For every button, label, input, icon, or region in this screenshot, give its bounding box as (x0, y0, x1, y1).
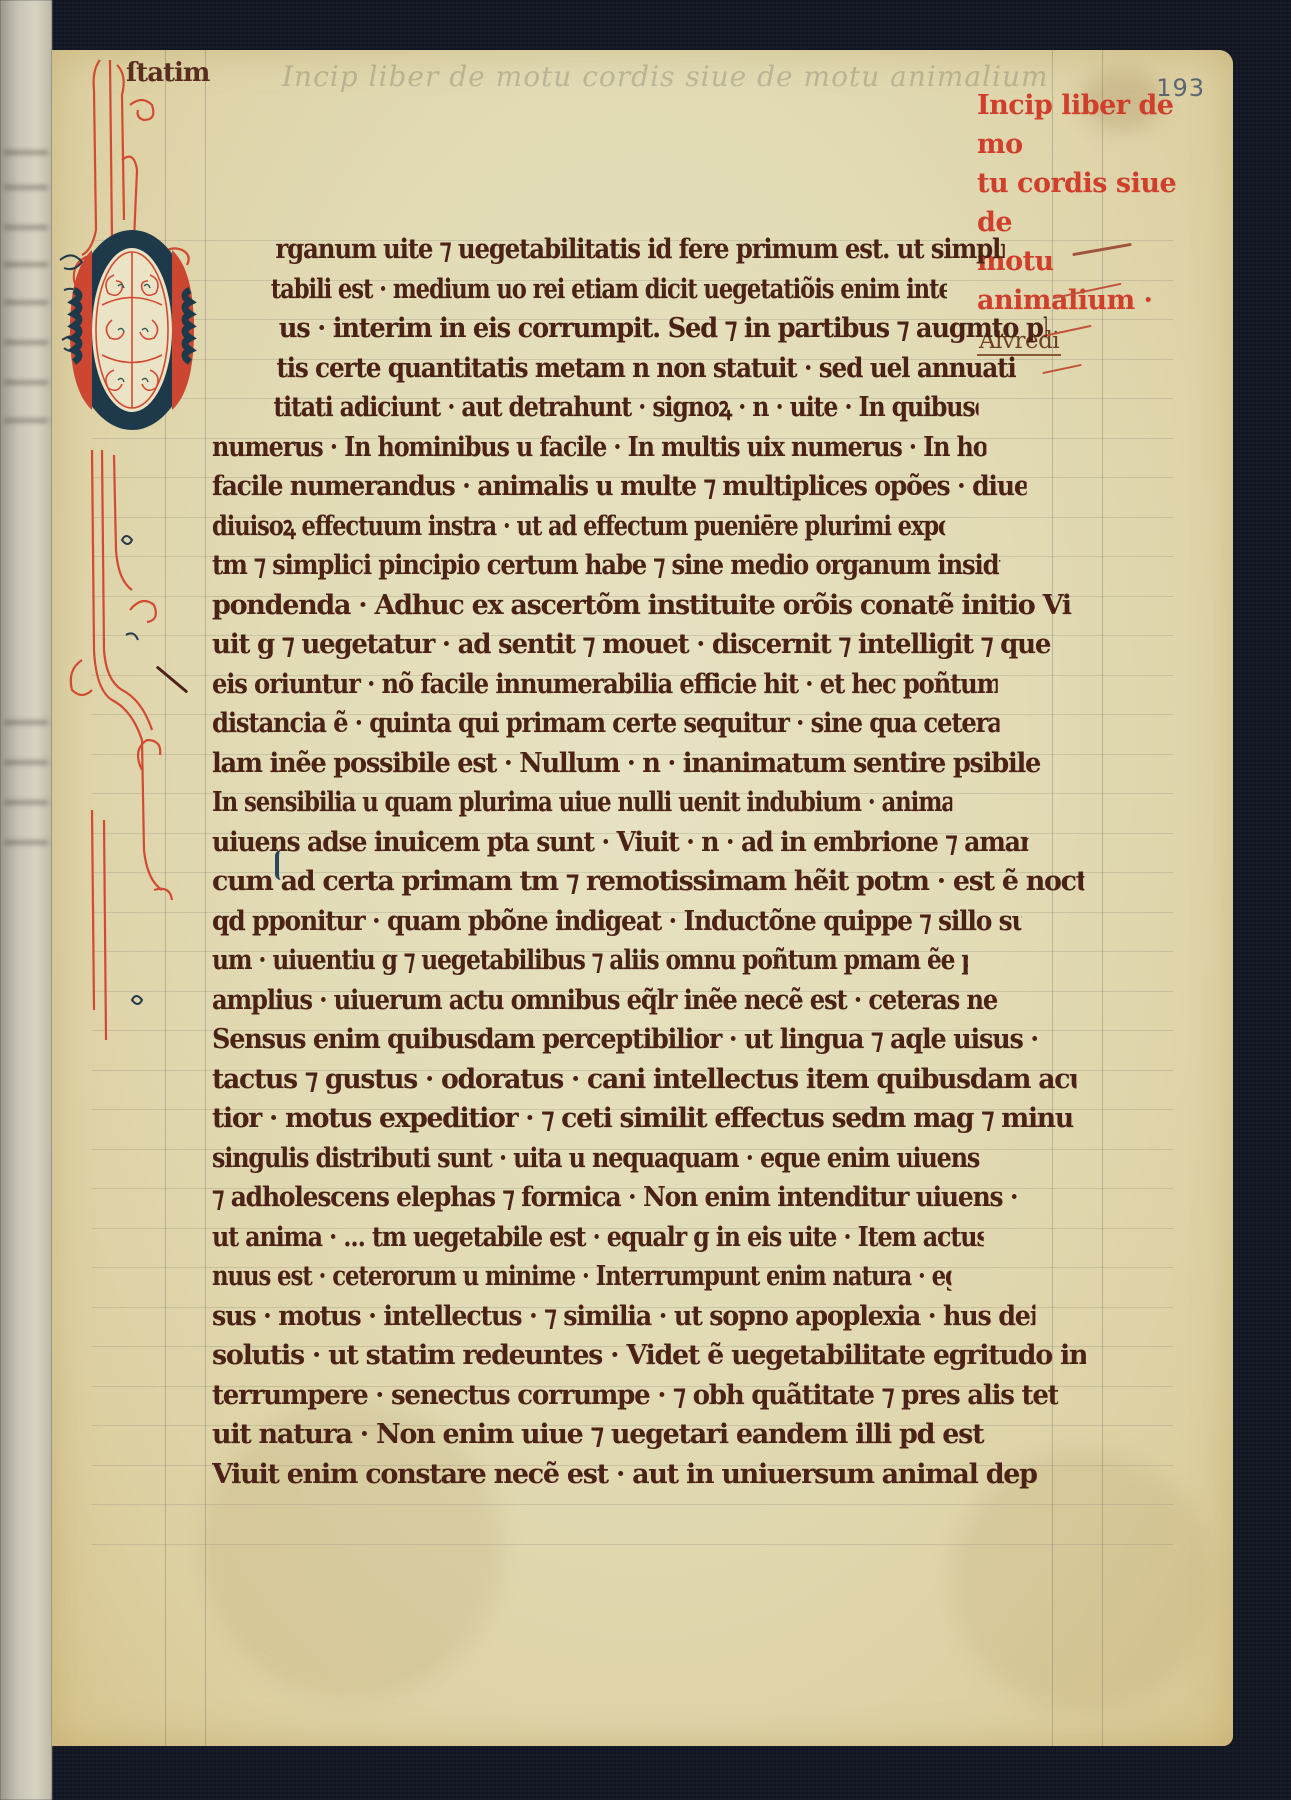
text-line: uit g ⁊ uegetatur · ad sentit ⁊ mouet · … (212, 625, 1057, 665)
illuminated-initial-o-icon (52, 220, 202, 440)
flourished-border-icon (52, 50, 212, 1050)
text-line: In sensibilia u quam plurima uiue nulli … (212, 783, 952, 823)
text-line: distancia ẽ · quinta qui primam certe se… (212, 704, 1000, 744)
ruling-line-horizontal (92, 1544, 1173, 1545)
text-line: solutis · ut statim redeuntes · Videt ẽ … (212, 1336, 1086, 1376)
text-line: nuus est · ceterorum u minime · Interrum… (212, 1257, 951, 1297)
text-line: um · uiuentiu g ⁊ uegetabilibus ⁊ aliis … (212, 941, 968, 981)
text-line: tm ⁊ simplici pincipio certum habe ⁊ sin… (212, 546, 1000, 586)
text-line: lam inẽe possibile est · Nullum · n · in… (212, 744, 1043, 784)
text-line: ut anima · ... tm uegetabile est · equal… (212, 1218, 984, 1258)
text-line: singulis distributi sunt · uita u nequaq… (212, 1139, 986, 1179)
text-line: cum ad certa primam tm ⁊ remotissimam hẽ… (212, 862, 1084, 902)
text-line: Sensus enim quibusdam perceptibilior · u… (212, 1020, 1040, 1060)
text-line: sus · motus · intellectus · ⁊ similia · … (212, 1297, 1035, 1337)
text-line: tior · motus expeditior · ⁊ ceti similit… (212, 1099, 1074, 1139)
text-line: Viuit enim constare necẽ est · aut in un… (212, 1455, 1087, 1495)
text-line: tis certe quantitatis metam n non statui… (212, 349, 1016, 389)
text-line: rganum uite ⁊ uegetabilitatis id fere pr… (212, 230, 1005, 270)
rubric-line: Incip liber de mo (977, 86, 1217, 164)
text-line: uiuens adse inuicem pta sunt · Viuit · n… (212, 823, 1028, 863)
text-line: tabili est · medium uo rei etiam dicit u… (212, 270, 947, 310)
text-line: tactus ⁊ gustus · odoratus · cani intell… (212, 1060, 1077, 1100)
text-line: pondenda · Adhuc ex ascertõm instituite … (212, 586, 1087, 626)
adjacent-page-edge (0, 0, 52, 1800)
ruling-line-horizontal (92, 1504, 1173, 1505)
text-line: facile numerandus · animalis u multe ⁊ m… (212, 467, 1027, 507)
text-line: numerus · In hominibus u facile · In mul… (212, 428, 986, 468)
faint-running-head: Incip liber de motu cordis siue de motu … (282, 60, 1049, 93)
text-line: amplius · uiuerum actu omnibus eq̃lr inẽ… (212, 981, 998, 1021)
text-line: titati adiciunt · aut detrahunt · signoꝝ… (212, 388, 979, 428)
text-line: us · interim in eis corrumpit. Sed ⁊ in … (212, 309, 1047, 349)
text-column: rganum uite ⁊ uegetabilitatis id fere pr… (212, 230, 1087, 1494)
text-line: diuisoꝝ effectuum instra · ut ad effectu… (212, 507, 945, 547)
text-line: uit natura · Non enim uiue ⁊ uegetari ea… (212, 1415, 1087, 1455)
text-line: eis oriuntur · nõ facile innumerabilia e… (212, 665, 998, 705)
text-line: terrumpere · senectus corrumpe · ⁊ obh q… (212, 1376, 1058, 1416)
text-line: ⁊ adholescens elephas ⁊ formica · Non en… (212, 1178, 1021, 1218)
manuscript-folio: ſtatim Incip liber de motu cordis siue d… (52, 50, 1233, 1746)
text-line: qd pponitur · quam pbõne indigeat · Indu… (212, 902, 1021, 942)
